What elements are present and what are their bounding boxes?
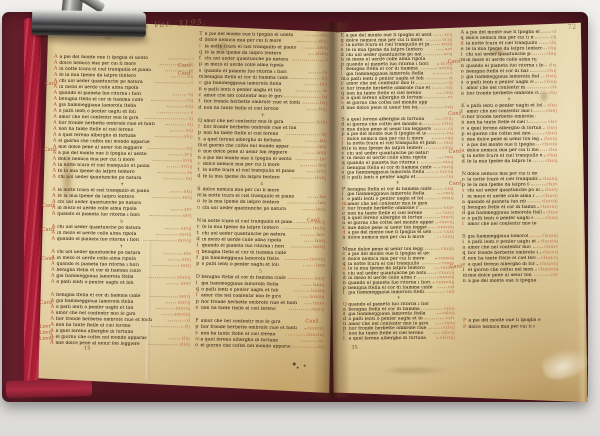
cover-inner-silk-edge (24, 18, 41, 396)
clamp-bar (32, 10, 146, 37)
red-velvet-cover (2, 12, 588, 402)
gutter-shadow (313, 22, 351, 398)
cover-bottom-fold (6, 379, 92, 398)
manuscript-photo: Cod. Vat. 3195. Aa pıe del monte oue ſı … (0, 0, 600, 436)
